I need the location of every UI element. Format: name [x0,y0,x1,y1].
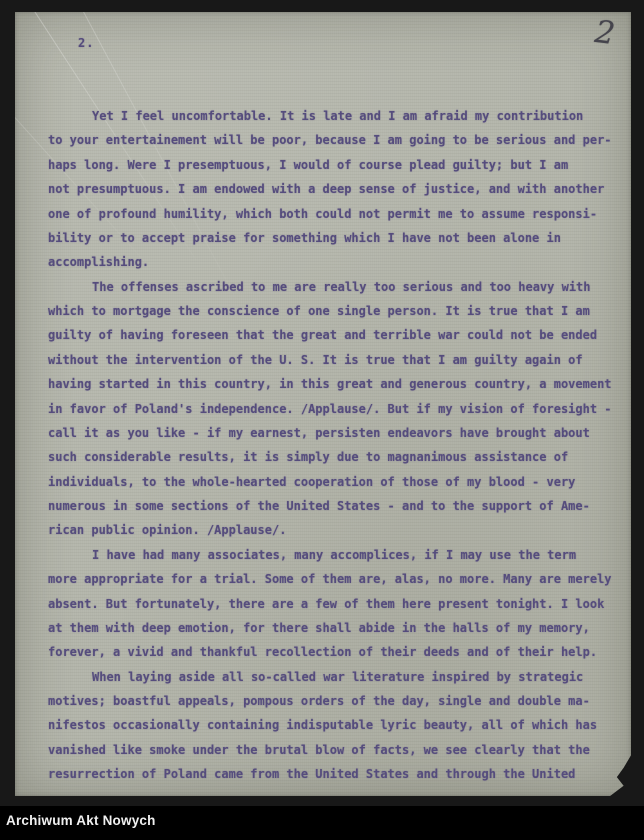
paragraph: The offenses ascribed to me are really t… [48,275,623,543]
typed-line: call it as you like - if my earnest, per… [48,421,623,445]
typed-line: bility or to accept praise for something… [48,226,623,250]
typed-line: not presumptuous. I am endowed with a de… [48,177,623,201]
typed-line: motives; boastful appeals, pompous order… [48,689,623,713]
document-page: 2. 2 Yet I feel uncomfortable. It is lat… [15,12,631,796]
typed-line: vanished like smoke under the brutal blo… [48,738,623,762]
typed-line: guilty of having foreseen that the great… [48,323,623,347]
typed-line: When laying aside all so-called war lite… [48,665,623,689]
typed-line: such considerable results, it is simply … [48,445,623,469]
handwritten-page-number: 2 [593,17,616,50]
typed-line: without the intervention of the U. S. It… [48,348,623,372]
archival-scan-viewport: 2. 2 Yet I feel uncomfortable. It is lat… [0,0,644,840]
typed-line: to your entertainement will be poor, bec… [48,128,623,152]
paragraph: When laying aside all so-called war lite… [48,665,623,787]
typed-page-number: 2. [78,36,94,50]
typed-line: haps long. Were I presemptuous, I would … [48,153,623,177]
typed-line: one of profound humility, which both cou… [48,202,623,226]
archive-name-label: Archiwum Akt Nowych [6,813,156,828]
typed-line: rican public opinion. /Applause/. [48,518,623,542]
typed-line: more appropriate for a trial. Some of th… [48,567,623,591]
typed-line: in favor of Poland's independence. /Appl… [48,397,623,421]
typed-line: having started in this country, in this … [48,372,623,396]
typed-line: accomplishing. [48,250,623,274]
typed-line: nifestos occasionally containing indispu… [48,713,623,737]
typed-line: which to mortgage the conscience of one … [48,299,623,323]
typed-line: Yet I feel uncomfortable. It is late and… [48,104,623,128]
typed-line: resurrection of Poland came from the Uni… [48,762,623,786]
typed-line: individuals, to the whole-hearted cooper… [48,470,623,494]
typed-line: forever, a vivid and thankful recollecti… [48,640,623,664]
typed-line: numerous in some sections of the United … [48,494,623,518]
paragraph: I have had many associates, many accompl… [48,543,623,665]
typed-line: at them with deep emotion, for there sha… [48,616,623,640]
typed-line: absent. But fortunately, there are a few… [48,592,623,616]
paragraph: Yet I feel uncomfortable. It is late and… [48,104,623,275]
typed-line: I have had many associates, many accompl… [48,543,623,567]
typed-text: Yet I feel uncomfortable. It is late and… [48,104,623,787]
typed-line: The offenses ascribed to me are really t… [48,275,623,299]
